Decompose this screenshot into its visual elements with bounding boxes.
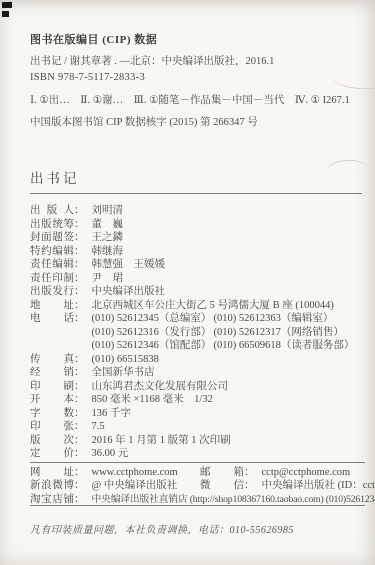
colophon-row: 地址： 北京西城区车公庄大街乙 5 号鸿儒大厦 B 座 (100044) (30, 299, 367, 313)
website-pair: 网址： www.cctphome.com (30, 466, 200, 479)
colophon-row: 出版发行： 中央编译出版社 (30, 285, 367, 299)
label-colon: ： (74, 245, 85, 259)
label-colon: ： (74, 393, 85, 407)
colophon-row: 版次： 2016 年 1 月第 1 版第 1 次印刷 (30, 434, 367, 448)
contact-row: 新浪微博： @ 中央编译出版社 微信： 中央编译出版社 (ID：cctphome… (30, 479, 368, 492)
scan-artifact-mark (2, 11, 9, 17)
phone-line: (010) 52612346（馆配部）(010) 66509618（读者服务部） (92, 339, 368, 353)
colophon-value: 北京西城区车公庄大街乙 5 号鸿儒大厦 B 座 (100044) (92, 299, 368, 313)
colophon-label: 电话 (30, 312, 74, 326)
colophon-label: 地址 (30, 299, 74, 313)
colophon-row: 责任编辑： 韩慧强 王媛媛 (30, 258, 367, 272)
weibo-label: 新浪微博 (30, 479, 74, 492)
colophon-value: 韩慧强 王媛媛 (92, 258, 368, 272)
classification-line: Ⅰ. ①出… Ⅱ. ①谢… Ⅲ. ①随笔－作品集－中国－当代 Ⅳ. ① I267… (30, 95, 361, 107)
phone-lines: (010) 52612345（总编室）(010) 52612363（编辑室） (… (92, 312, 368, 353)
phone-number: (010) 52612345（总编室） (92, 312, 214, 326)
label-colon: ： (74, 380, 85, 394)
colophon-row: 字数： 136 千字 (30, 407, 367, 421)
label-colon: ： (74, 285, 85, 299)
colophon-value: 董 巍 (92, 218, 368, 232)
colophon-value: 全国新华书店 (92, 366, 368, 380)
copyright-page: 图书在版编目 (CIP) 数据 出书记 / 谢其章著 . —北京：中央编译出版社… (0, 0, 375, 565)
email-value: cctp@cctphome.com (262, 466, 369, 479)
colophon-row: 特约编辑： 韩继海 (30, 245, 367, 259)
colophon-row: 经销： 全国新华书店 (30, 366, 367, 380)
colophon-label: 出版发行 (30, 285, 74, 299)
phone-number: (010) 52612317（网络销售） (214, 327, 344, 338)
weibo-pair: 新浪微博： @ 中央编译出版社 (30, 479, 200, 492)
colophon-value: (010) 66515838 (92, 353, 368, 367)
colophon-label: 出版人 (30, 204, 74, 218)
colophon-row: 责任印制： 尹 珺 (30, 272, 367, 286)
website-label: 网址 (30, 466, 74, 479)
colophon-block: 出版人： 刘明清 出版统筹： 董 巍 封面题签： 王之鏻 特约编辑： 韩继海 (30, 204, 367, 461)
wechat-pair: 微信： 中央编译出版社 (ID：cctphome) (200, 479, 375, 492)
label-colon: ： (74, 447, 85, 461)
colophon-label: 特约编辑 (30, 245, 74, 259)
colophon-row: 封面题签： 王之鏻 (30, 231, 367, 245)
colophon-value: 山东鸿君杰文化发展有限公司 (92, 380, 368, 394)
colophon-value: 36.00 元 (92, 447, 368, 461)
phone-number: (010) 52612346（馆配部） (92, 339, 214, 353)
colophon-row: 定价： 36.00 元 (30, 447, 367, 461)
weibo-value: @ 中央编译出版社 (92, 479, 201, 492)
colophon-value: 尹 珺 (92, 272, 368, 286)
colophon-row: 印刷： 山东鸿君杰文化发展有限公司 (30, 380, 367, 394)
website-value: www.cctphome.com (92, 466, 201, 479)
colophon-value: 850 毫米 ×1168 毫米 1/32 (92, 393, 368, 407)
label-colon: ： (74, 434, 85, 448)
colophon-label: 印刷 (30, 380, 74, 394)
colophon-row: 开本： 850 毫米 ×1168 毫米 1/32 (30, 393, 367, 407)
quality-note: 凡有印装质量问题，本社负责调换，电话：010-55626985 (30, 521, 294, 536)
colophon-value: 2016 年 1 月第 1 版第 1 次印刷 (92, 434, 368, 448)
colophon-label: 版次 (30, 434, 74, 448)
wechat-value: 中央编译出版社 (ID：cctphome) (262, 479, 375, 492)
label-colon: ： (74, 420, 85, 434)
book-title: 出书记 (30, 171, 80, 187)
label-colon: ： (74, 353, 85, 367)
phone-number: (010) 66509618（读者服务部） (214, 340, 355, 351)
wechat-label: 微信 (200, 479, 244, 492)
colophon-label: 印张 (30, 420, 74, 434)
email-label: 邮箱 (200, 466, 244, 479)
title-block: 出书记 (30, 171, 80, 187)
phone-line: (010) 52612345（总编室）(010) 52612363（编辑室） (92, 312, 368, 326)
label-colon: ： (244, 466, 255, 479)
email-pair: 邮箱： cctp@cctphome.com (200, 466, 368, 479)
isbn-line: ISBN 978-7-5117-2833-3 (30, 72, 361, 84)
label-colon: ： (74, 258, 85, 272)
label-colon: ： (74, 466, 85, 479)
colophon-label: 封面题签 (30, 231, 74, 245)
label-colon: ： (244, 479, 255, 492)
colophon-value: 7.5 (92, 420, 368, 434)
label-colon: ： (74, 231, 85, 245)
label-colon: ： (74, 204, 85, 218)
phone-line: (010) 52612316（发行部）(010) 52612317（网络销售） (92, 326, 368, 340)
colophon-value: 136 千字 (92, 407, 368, 421)
colophon-label: 开本 (30, 393, 74, 407)
phone-number: (010) 52612316（发行部） (92, 326, 214, 340)
colophon-label: 责任印制 (30, 272, 74, 286)
colophon-row: 传真： (010) 66515838 (30, 353, 367, 367)
colophon-label: 定价 (30, 447, 74, 461)
contact-row: 网址： www.cctphome.com 邮箱： cctp@cctphome.c… (30, 466, 368, 479)
contacts-divider-top (30, 462, 365, 463)
cip-title: 图书在版编目 (CIP) 数据 (30, 34, 361, 46)
colophon-value: 刘明清 (92, 204, 368, 218)
contacts-block: 网址： www.cctphome.com 邮箱： cctp@cctphome.c… (30, 466, 368, 506)
label-colon: ： (74, 299, 85, 313)
title-divider (30, 193, 362, 194)
label-colon: ： (74, 218, 85, 232)
colophon-value: 王之鏻 (92, 231, 368, 245)
phone-number: (010) 52612363（编辑室） (214, 313, 334, 324)
colophon-row: 出版人： 刘明清 (30, 204, 367, 218)
colophon-label: 经销 (30, 366, 74, 380)
label-colon: ： (74, 272, 85, 286)
label-colon: ： (74, 407, 85, 421)
label-colon: ： (74, 312, 85, 326)
scan-artifact-mark (2, 2, 12, 8)
colophon-label: 传真 (30, 353, 74, 367)
colophon-rows: 传真： (010) 66515838 经销： 全国新华书店 印刷： 山东鸿君杰文… (30, 353, 367, 461)
scan-artifact-curve (325, 158, 368, 173)
colophon-rows: 出版人： 刘明清 出版统筹： 董 巍 封面题签： 王之鏻 特约编辑： 韩继海 (30, 204, 367, 312)
colophon-label: 责任编辑 (30, 258, 74, 272)
cip-record-number: 中国版本图书馆 CIP 数据核字 (2015) 第 266347 号 (30, 117, 361, 129)
colophon-row-phones: 电话： (010) 52612345（总编室）(010) 52612363（编辑… (30, 312, 367, 353)
colophon-row: 印张： 7.5 (30, 420, 367, 434)
colophon-row: 出版统筹： 董 巍 (30, 218, 367, 232)
label-colon: ： (74, 366, 85, 380)
colophon-label: 字数 (30, 407, 74, 421)
colophon-label: 出版统筹 (30, 218, 74, 232)
colophon-value: 中央编译出版社 (92, 285, 368, 299)
contacts-divider-bottom (30, 505, 365, 506)
cip-entry: 出书记 / 谢其章著 . —北京：中央编译出版社，2016.1 (30, 56, 361, 68)
colophon-value: 韩继海 (92, 245, 368, 259)
cip-block: 图书在版编目 (CIP) 数据 出书记 / 谢其章著 . —北京：中央编译出版社… (30, 34, 361, 129)
label-colon: ： (74, 479, 85, 492)
